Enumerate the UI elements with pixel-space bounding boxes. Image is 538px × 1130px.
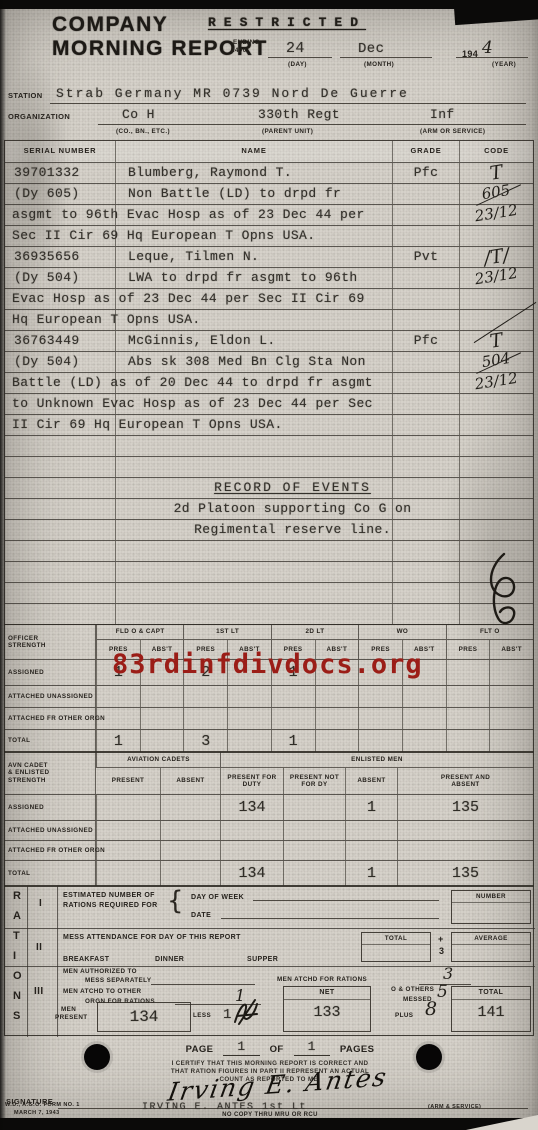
- net-box: NET 133: [283, 986, 371, 1032]
- group-label-text: FLD O & CAPT: [116, 628, 165, 635]
- roster-code-cell: [460, 415, 533, 435]
- code-handwritten: T: [489, 163, 505, 184]
- officer-cell: [358, 660, 402, 685]
- enlisted-cell: [397, 821, 533, 840]
- officer-group-label: WO: [359, 625, 445, 640]
- roster-name-cell: [116, 562, 393, 582]
- roster-line-9: (Dy 504)Abs sk 308 Med Bn Clg Sta Non504: [5, 352, 533, 373]
- officer-group-1: 1ST LTPRESABS'T: [183, 625, 270, 659]
- mess-separately-label: MESS SEPARATELY: [85, 977, 151, 984]
- officer-group-label: FLD O & CAPT: [97, 625, 183, 640]
- roster-grade-cell: [393, 268, 460, 288]
- others-messed-value: 5: [437, 984, 448, 1001]
- officer-group-4: FLT OPRESABS'T: [446, 625, 533, 659]
- enlisted-cell: 135: [397, 795, 533, 820]
- rations-side-letter-O: O: [13, 970, 22, 983]
- less-label: LESS: [193, 1012, 211, 1019]
- scan-edge-left: [0, 0, 6, 1130]
- roster-grade-cell: [393, 373, 460, 393]
- brace-glyph: {: [167, 886, 184, 916]
- officer-cell: [402, 708, 446, 729]
- roster-grade-cell: [393, 604, 460, 624]
- enlisted-col-2: PRESENT FOR DUTY: [220, 768, 283, 794]
- rations-estimated-2: RATIONS REQUIRED FOR: [63, 902, 158, 910]
- officer-cell: [271, 686, 315, 707]
- roster-code-cell: [460, 394, 533, 414]
- code-handwritten: 23/12: [474, 266, 520, 292]
- officer-row-attached-fr-other-orgn: ATTACHED FR OTHER ORGN: [5, 707, 533, 729]
- enlisted-header-row: AVN CADET& ENLISTEDSTRENGTHAVIATION CADE…: [5, 752, 533, 794]
- roster-grade-cell: [393, 205, 460, 225]
- plus-label: PLUS: [395, 1012, 413, 1019]
- roster-serial-cell: [5, 604, 116, 624]
- grade-value: Pvt: [414, 250, 439, 267]
- organization-unit-sub: (CO., BN., ETC.): [116, 128, 170, 135]
- net-box-label: NET: [284, 987, 370, 1000]
- name-value: Non Battle (LD) to drpd fr: [128, 187, 341, 202]
- roster-code-cell: /T/: [460, 247, 533, 267]
- organization-label: ORGANIZATION: [8, 113, 70, 122]
- enlisted-cell-value: 1: [367, 865, 376, 882]
- officer-strength-title: OFFICERSTRENGTH: [5, 625, 96, 659]
- mess-total-label: TOTAL: [362, 933, 430, 945]
- officer-subheader: PRESABS'T: [184, 640, 270, 659]
- enlisted-cell-value: 135: [452, 799, 479, 816]
- enlisted-cell: [96, 795, 160, 820]
- name-value: Leque, Tilmen N.: [128, 250, 259, 265]
- officer-cell-value: 1: [289, 664, 298, 681]
- officer-cell: [358, 708, 402, 729]
- roster-body: 39701332Blumberg, Raymond T.PfcT(Dy 605)…: [5, 163, 533, 625]
- date-label: DATE: [191, 912, 211, 920]
- roster-line-2: 23/12asgmt to 96th Evac Hosp as of 23 De…: [5, 205, 533, 226]
- enlisted-header-right: AVIATION CADETSENLISTED MENPRESENTABSENT…: [96, 752, 533, 794]
- men-present-label-1: MEN: [61, 1006, 76, 1013]
- enlisted-cell: [96, 821, 160, 840]
- roster-line-7: Hq European T Opns USA.: [5, 310, 533, 331]
- sub-label-text: PRESENT NOT FOR DY: [288, 774, 342, 788]
- officer-cell: [140, 730, 184, 752]
- officer-cell: [489, 708, 533, 729]
- rations-estimated-1: ESTIMATED NUMBER OF: [63, 892, 155, 900]
- roster-grade-cell: [393, 289, 460, 309]
- name-value: Blumberg, Raymond T.: [128, 166, 292, 181]
- officer-cell: [315, 660, 359, 685]
- sub-label-text: ABS'T: [152, 646, 173, 653]
- code-handwritten: 23/12: [474, 371, 520, 397]
- rations-side-letter-I: I: [13, 950, 16, 963]
- men-authorized-label: MEN AUTHORIZED TO: [63, 968, 137, 975]
- enlisted-row-label: ASSIGNED: [5, 795, 96, 820]
- enlisted-row-attached-unassigned: ATTACHED UNASSIGNED: [5, 820, 533, 840]
- serial-number-value: 36763449: [14, 334, 80, 349]
- row-label-text: ASSIGNED: [8, 804, 92, 811]
- enlisted-cell: [160, 821, 220, 840]
- enlisted-cell: 1: [345, 795, 397, 820]
- group-label-text: ENLISTED MEN: [351, 756, 403, 763]
- officer-cell: [402, 660, 446, 685]
- roster-line-8: 36763449McGinnis, Eldon L.PfcT: [5, 331, 533, 352]
- plus-sign: +: [438, 934, 444, 944]
- rations-rule-1: [5, 928, 535, 929]
- group-label-text: AVIATION CADETS: [127, 756, 190, 763]
- roster-continuation-text: asgmt to 96th Evac Hosp as of 23 Dec 44 …: [12, 208, 365, 223]
- roster-serial-cell: 36763449: [5, 331, 116, 351]
- roster-name-cell: Non Battle (LD) to drpd fr: [116, 184, 393, 204]
- officer-row-assigned: ASSIGNED121: [5, 659, 533, 685]
- rations-sec1-numeral: I: [39, 898, 42, 910]
- rations-side-letter-S: S: [13, 1010, 21, 1023]
- station-label: STATION: [8, 92, 43, 101]
- officer-cell: [96, 708, 140, 729]
- breakfast-label: BREAKFAST: [63, 956, 109, 964]
- roster-name-cell: LWA to drpd fr asgmt to 96th: [116, 268, 393, 288]
- divisor-three: 3: [439, 946, 444, 956]
- officer-title-2: STRENGTH: [8, 642, 92, 649]
- officer-cell: 3: [183, 730, 227, 752]
- enlisted-cell: [283, 821, 345, 840]
- roster-grade-cell: [393, 352, 460, 372]
- enlisted-row-label: ATTACHED UNASSIGNED: [5, 821, 96, 840]
- officer-cell-value: 3: [201, 733, 210, 750]
- date-blank[interactable]: [221, 906, 439, 919]
- name-value: LWA to drpd fr asgmt to 96th: [128, 271, 358, 286]
- roster-line-4: 36935656Leque, Tilmen N.Pvt/T/: [5, 247, 533, 268]
- officer-subheader: PRESABS'T: [97, 640, 183, 659]
- officer-cell: [489, 686, 533, 707]
- roster-code-cell: 23/12: [460, 373, 533, 393]
- officer-cell: [227, 686, 271, 707]
- roster-serial-cell: [5, 457, 116, 477]
- roster-code-cell: [460, 289, 533, 309]
- men-present-label-2: PRESENT: [55, 1014, 88, 1021]
- pages-label: PAGES: [340, 1045, 375, 1056]
- sub-label-text: PRESENT FOR DUTY: [225, 774, 279, 788]
- atchd-to-other-label-1: MEN ATCHD TO OTHER: [63, 988, 141, 995]
- page-number: 1: [223, 1040, 259, 1056]
- officer-cell-value: 1: [114, 733, 123, 750]
- enlisted-row-label: ATTACHED FR OTHER ORGN: [5, 841, 96, 860]
- name-value: McGinnis, Eldon L.: [128, 334, 276, 349]
- scribble-mark: [231, 994, 261, 1028]
- enlisted-cell: [345, 821, 397, 840]
- officer-cell: 1: [96, 660, 140, 685]
- roster-line-5: (Dy 504)LWA to drpd fr asgmt to 96th23/1…: [5, 268, 533, 289]
- roster-name-cell: [116, 457, 393, 477]
- average-box: AVERAGE: [451, 932, 531, 962]
- officer-cell: [315, 708, 359, 729]
- month-label: (MONTH): [364, 61, 394, 68]
- officer-cell: [271, 708, 315, 729]
- officer-cell-value: 1: [114, 664, 123, 681]
- rations-section: RATIONS I II III ESTIMATED NUMBER OF RAT…: [4, 885, 534, 1036]
- rations-total-label: TOTAL: [452, 987, 530, 1000]
- officer-cell: 2: [183, 660, 227, 685]
- enlisted-cell-value: 134: [238, 799, 265, 816]
- officer-cell: [227, 660, 271, 685]
- organization-arm-sub: (ARM OR SERVICE): [420, 128, 485, 135]
- name-value: Abs sk 308 Med Bn Clg Sta Non: [128, 355, 366, 370]
- officer-cell: [446, 686, 490, 707]
- enlisted-cell: 135: [397, 861, 533, 886]
- rations-divider-1: [27, 886, 28, 1037]
- enlisted-cell: 1: [345, 861, 397, 886]
- officer-sub-abst: ABS'T: [315, 640, 359, 659]
- officer-group-label: 1ST LT: [184, 625, 270, 640]
- morning-report-scan: COMPANY MORNING REPORT RESTRICTED ENDING…: [0, 0, 538, 1130]
- sub-label-text: PRES: [284, 646, 303, 653]
- roster-header-name: NAME: [116, 141, 393, 162]
- roster-line-0: 39701332Blumberg, Raymond T.PfcT: [5, 163, 533, 184]
- roster-grade-cell: [393, 457, 460, 477]
- roster-line-12: II Cir 69 Hq European T Opns USA.: [5, 415, 533, 436]
- roster-line-19: [5, 562, 533, 583]
- officer-row-total: TOTAL131: [5, 729, 533, 752]
- men-present-box: 134: [97, 1002, 191, 1032]
- supper-label: SUPPER: [247, 956, 278, 964]
- officer-cell: [358, 730, 402, 752]
- rations-side-letter-R: R: [13, 890, 21, 903]
- sub-label-text: PRES: [109, 646, 128, 653]
- roster-header-grade: GRADE: [393, 141, 460, 162]
- roster-line-18: [5, 541, 533, 562]
- roster-name-cell: McGinnis, Eldon L.: [116, 331, 393, 351]
- officer-cell: [183, 708, 227, 729]
- enlisted-cell: [220, 821, 283, 840]
- roster-code-cell: 504: [460, 352, 533, 372]
- officer-row-attached-unassigned: ATTACHED UNASSIGNED: [5, 685, 533, 707]
- officer-sub-abst: ABS'T: [402, 640, 446, 659]
- aviation-cadets-group: AVIATION CADETS: [96, 752, 220, 768]
- day-of-week-blank[interactable]: [253, 888, 439, 901]
- pages-total: 1: [294, 1040, 330, 1056]
- sub-label-text: PRESENT: [101, 777, 155, 784]
- officer-cell: 1: [271, 660, 315, 685]
- enlisted-title-0: AVN CADET: [8, 762, 92, 769]
- form-date: MARCH 7, 1943: [14, 1110, 60, 1116]
- form-title-company: COMPANY: [52, 12, 168, 37]
- roster-serial-cell: [5, 478, 116, 498]
- officer-sub-abst: ABS'T: [140, 640, 184, 659]
- serial-number-value: 39701332: [14, 166, 80, 181]
- officer-cell: [446, 708, 490, 729]
- sub-label-text: ABS'T: [239, 646, 260, 653]
- rations-total-value: 141: [452, 1004, 530, 1021]
- enlisted-cell: [283, 861, 345, 886]
- enlisted-row-attached-fr-other-orgn: ATTACHED FR OTHER ORGN: [5, 840, 533, 860]
- roster-name-cell: [116, 604, 393, 624]
- serial-number-value: (Dy 504): [14, 271, 80, 286]
- officer-sub-pres: PRES: [447, 640, 490, 659]
- officer-cell: 1: [271, 730, 315, 752]
- plus-value: 8: [425, 1000, 437, 1019]
- roster-continuation-text: Battle (LD) as of 20 Dec 44 to drpd fr a…: [12, 376, 373, 391]
- officer-row-label: ASSIGNED: [5, 660, 96, 685]
- grade-value: Pfc: [414, 166, 439, 183]
- row-label-text: ASSIGNED: [8, 669, 92, 676]
- roster-continuation-text: Sec II Cir 69 Hq European T Opns USA.: [12, 229, 315, 244]
- rations-sec3-numeral: III: [34, 986, 44, 998]
- officer-cell: [489, 730, 533, 752]
- others-messed-label-1: O & OTHERS: [391, 986, 434, 993]
- ending-time: 2400: [231, 47, 247, 54]
- roster-grade-cell: [393, 184, 460, 204]
- sub-label-text: PRES: [196, 646, 215, 653]
- roster-grade-cell: [393, 226, 460, 246]
- roster-continuation-text: to Unknown Evac Hosp as of 23 Dec 44 per…: [12, 397, 373, 412]
- roster-code-cell: [460, 478, 533, 498]
- officer-header-row: OFFICERSTRENGTHFLD O & CAPTPRESABS'T1ST …: [5, 625, 533, 659]
- roster-name-cell: Blumberg, Raymond T.: [116, 163, 393, 183]
- enlisted-title-2: STRENGTH: [8, 777, 92, 784]
- serial-number-value: (Dy 605): [14, 187, 80, 202]
- page-label: PAGE: [186, 1045, 214, 1056]
- roster-serial-cell: (Dy 605): [5, 184, 116, 204]
- roster-grade-cell: Pfc: [393, 163, 460, 183]
- atchd-for-rations-label: MEN ATCHD FOR RATIONS: [277, 976, 367, 983]
- of-label: OF: [270, 1045, 284, 1056]
- enlisted-cell: 134: [220, 795, 283, 820]
- officer-sub-abst: ABS'T: [227, 640, 271, 659]
- officer-cell: [489, 660, 533, 685]
- code-handwritten: 23/12: [474, 203, 520, 229]
- enlisted-cell: [160, 841, 220, 860]
- enlisted-col-3: PRESENT NOT FOR DY: [283, 768, 345, 794]
- average-box-label: AVERAGE: [452, 933, 530, 945]
- row-label-text: ATTACHED UNASSIGNED: [8, 827, 92, 834]
- enlisted-strength-table: AVN CADET& ENLISTEDSTRENGTHAVIATION CADE…: [4, 751, 534, 887]
- rations-total-box: TOTAL 141: [451, 986, 531, 1032]
- enlisted-col-1: ABSENT: [160, 768, 220, 794]
- roster-line-10: 23/12Battle (LD) as of 20 Dec 44 to drpd…: [5, 373, 533, 394]
- officer-title-1: OFFICER: [8, 635, 92, 642]
- roster-serial-cell: (Dy 504): [5, 268, 116, 288]
- enlisted-group-row: AVIATION CADETSENLISTED MEN: [96, 752, 533, 768]
- dinner-label: DINNER: [155, 956, 184, 964]
- roster-name-cell: [116, 583, 393, 603]
- roster-serial-cell: [5, 499, 116, 519]
- sub-label-text: PRES: [371, 646, 390, 653]
- day-underline: [268, 40, 332, 58]
- roster-header-code: CODE: [460, 141, 533, 162]
- officer-sub-pres: PRES: [272, 640, 315, 659]
- roster-code-cell: 23/12: [460, 205, 533, 225]
- roster-grade-cell: [393, 562, 460, 582]
- mess-separately-blank[interactable]: [151, 974, 255, 985]
- roster-serial-cell: [5, 520, 116, 540]
- roster-serial-cell: (Dy 504): [5, 352, 116, 372]
- officer-subheader: PRESABS'T: [447, 640, 533, 659]
- officer-sub-pres: PRES: [359, 640, 402, 659]
- day-label: (DAY): [288, 61, 307, 68]
- roster-code-cell: [460, 436, 533, 456]
- roster-serial-cell: [5, 541, 116, 561]
- officer-cell: [446, 660, 490, 685]
- roster-grade-cell: [393, 583, 460, 603]
- enlisted-col-0: PRESENT: [96, 768, 160, 794]
- atchd-for-rations-value: 3: [443, 966, 453, 982]
- officer-subheader: PRESABS'T: [272, 640, 358, 659]
- roster-serial-cell: [5, 436, 116, 456]
- station-underline: [50, 86, 526, 104]
- scan-edge-bottom: [0, 1118, 538, 1130]
- enlisted-cell: [283, 795, 345, 820]
- roster-serial-cell: 36935656: [5, 247, 116, 267]
- roster-header-row: SERIAL NUMBER NAME GRADE CODE: [5, 141, 533, 163]
- grade-header: GRADE: [410, 147, 441, 156]
- roster-line-1: (Dy 605)Non Battle (LD) to drpd fr605: [5, 184, 533, 205]
- classification-banner: RESTRICTED: [208, 15, 366, 30]
- code-handwritten: T: [489, 331, 505, 352]
- officer-cell: [402, 730, 446, 752]
- mess-total-box: TOTAL: [361, 932, 431, 962]
- rations-side-letter-A: A: [13, 910, 21, 923]
- row-label-text: ATTACHED FR OTHER ORGN: [8, 847, 92, 854]
- year-label: (YEAR): [492, 61, 516, 68]
- organization-parent-sub: (PARENT UNIT): [262, 128, 313, 135]
- officer-cell-value: 2: [201, 664, 210, 681]
- roster-code-cell: T: [460, 331, 533, 351]
- enlisted-col-4: ABSENT: [345, 768, 397, 794]
- roster-line-16: 2d Platoon supporting Co G on: [5, 499, 533, 520]
- punch-hole-left: [84, 1044, 110, 1070]
- officer-row-label: ATTACHED FR OTHER ORGN: [5, 708, 96, 729]
- officer-cell: [140, 686, 184, 707]
- roster-code-cell: 605: [460, 184, 533, 204]
- roster-line-11: to Unknown Evac Hosp as of 23 Dec 44 per…: [5, 394, 533, 415]
- officer-cell: [140, 660, 184, 685]
- roster-header-serial: SERIAL NUMBER: [5, 141, 116, 162]
- officer-cell: [227, 708, 271, 729]
- rations-sec2-numeral: II: [36, 942, 42, 954]
- enlisted-cell: [96, 861, 160, 886]
- rations-side-letter-T: T: [13, 930, 20, 943]
- officer-cell: [140, 708, 184, 729]
- net-value: 133: [284, 1004, 370, 1021]
- sub-label-text: ABSENT: [164, 777, 218, 784]
- punch-hole-right: [416, 1044, 442, 1070]
- officer-sub-abst: ABS'T: [489, 640, 533, 659]
- roster-line-21: [5, 604, 533, 625]
- officer-row-label: ATTACHED UNASSIGNED: [5, 686, 96, 707]
- roster-code-cell: T: [460, 163, 533, 183]
- officer-cell: [315, 730, 359, 752]
- enlisted-cell-value: 1: [367, 799, 376, 816]
- officer-row-label: TOTAL: [5, 730, 96, 752]
- code-header: CODE: [484, 147, 509, 156]
- roster-line-13: [5, 436, 533, 457]
- group-label-text: WO: [397, 628, 409, 635]
- roster-continuation-text: Hq European T Opns USA.: [12, 313, 201, 328]
- year-underline: [456, 40, 528, 58]
- enlisted-cell: 134: [220, 861, 283, 886]
- record-of-events-title: RECORD OF EVENTS: [120, 481, 465, 496]
- month-underline: [340, 40, 432, 58]
- officer-group-2: 2D LTPRESABS'T: [271, 625, 358, 659]
- roster-continuation-text: Evac Hosp as of 23 Dec 44 per Sec II Cir…: [12, 292, 365, 307]
- sub-label-text: ABS'T: [501, 646, 522, 653]
- roster-name-cell: Abs sk 308 Med Bn Clg Sta Non: [116, 352, 393, 372]
- row-label-text: ATTACHED FR OTHER ORGN: [8, 715, 92, 722]
- number-box-label: NUMBER: [452, 891, 530, 903]
- record-of-events-text: Regimental reserve line.: [120, 523, 465, 538]
- arm-service-sub: (ARM & SERVICE): [428, 1104, 481, 1110]
- sub-label-text: ABS'T: [327, 646, 348, 653]
- enlisted-cell: [397, 841, 533, 860]
- officer-cell: [446, 730, 490, 752]
- roster-code-cell: [460, 499, 533, 519]
- sub-label-text: PRES: [459, 646, 478, 653]
